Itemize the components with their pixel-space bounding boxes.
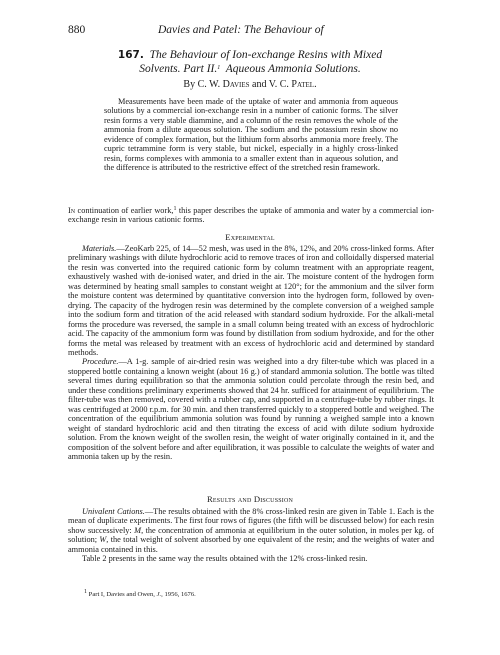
article-number: 167. <box>118 49 144 61</box>
title-line-2a: Solvents. Part II. <box>139 63 217 75</box>
journal-page: 880 Davies and Patel: The Behaviour of 1… <box>0 0 500 655</box>
univalent-label: Univalent Cations. <box>82 507 145 516</box>
experimental-body: Materials.—ZeoKarb 225, of 14—52 mesh, w… <box>68 244 434 461</box>
running-head: 880 Davies and Patel: The Behaviour of <box>68 24 440 40</box>
byline: By C. W. Davies and V. C. Patel. <box>0 79 500 90</box>
abstract: Measurements have been made of the uptak… <box>104 97 398 173</box>
title-line-1: The Behaviour of Ion-exchange Resins wit… <box>150 49 383 61</box>
procedure-text: —A 1-g. sample of air-dried resin was we… <box>68 357 434 461</box>
section-heading-experimental: Experimental <box>0 232 500 242</box>
footnote-text-a: Part I, Davies and Owen, <box>87 591 157 598</box>
author-2: Patel <box>291 79 314 90</box>
title-line-2b: Aqueous Ammonia Solutions. <box>220 63 360 75</box>
page-number: 880 <box>68 24 85 36</box>
byline-mid: and V. C. <box>250 79 292 90</box>
table2-paragraph: Table 2 presents in the same way the res… <box>68 554 434 563</box>
author-1: Davies <box>223 79 250 90</box>
footnote-text-b: , 1956, 1676. <box>161 591 196 598</box>
running-head-title: Davies and Patel: The Behaviour of <box>158 24 324 36</box>
results-body: Univalent Cations.—The results obtained … <box>68 507 434 564</box>
univalent-text-c: , the total weight of solvent absorbed b… <box>68 535 434 553</box>
procedure-label: Procedure. <box>82 357 118 366</box>
materials-label: Materials. <box>82 244 116 253</box>
footnote: 1 Part I, Davies and Owen, J., 1956, 167… <box>84 591 196 598</box>
introduction: In continuation of earlier work,1 this p… <box>68 206 434 225</box>
article-title: 167. The Behaviour of Ion-exchange Resin… <box>100 48 400 76</box>
intro-text-a: continuation of earlier work, <box>75 206 173 215</box>
section-heading-results: Results and Discussion <box>0 494 500 504</box>
byline-suffix: . <box>314 79 317 90</box>
byline-prefix: By C. W. <box>183 79 222 90</box>
materials-text: —ZeoKarb 225, of 14—52 mesh, was used in… <box>68 244 434 357</box>
